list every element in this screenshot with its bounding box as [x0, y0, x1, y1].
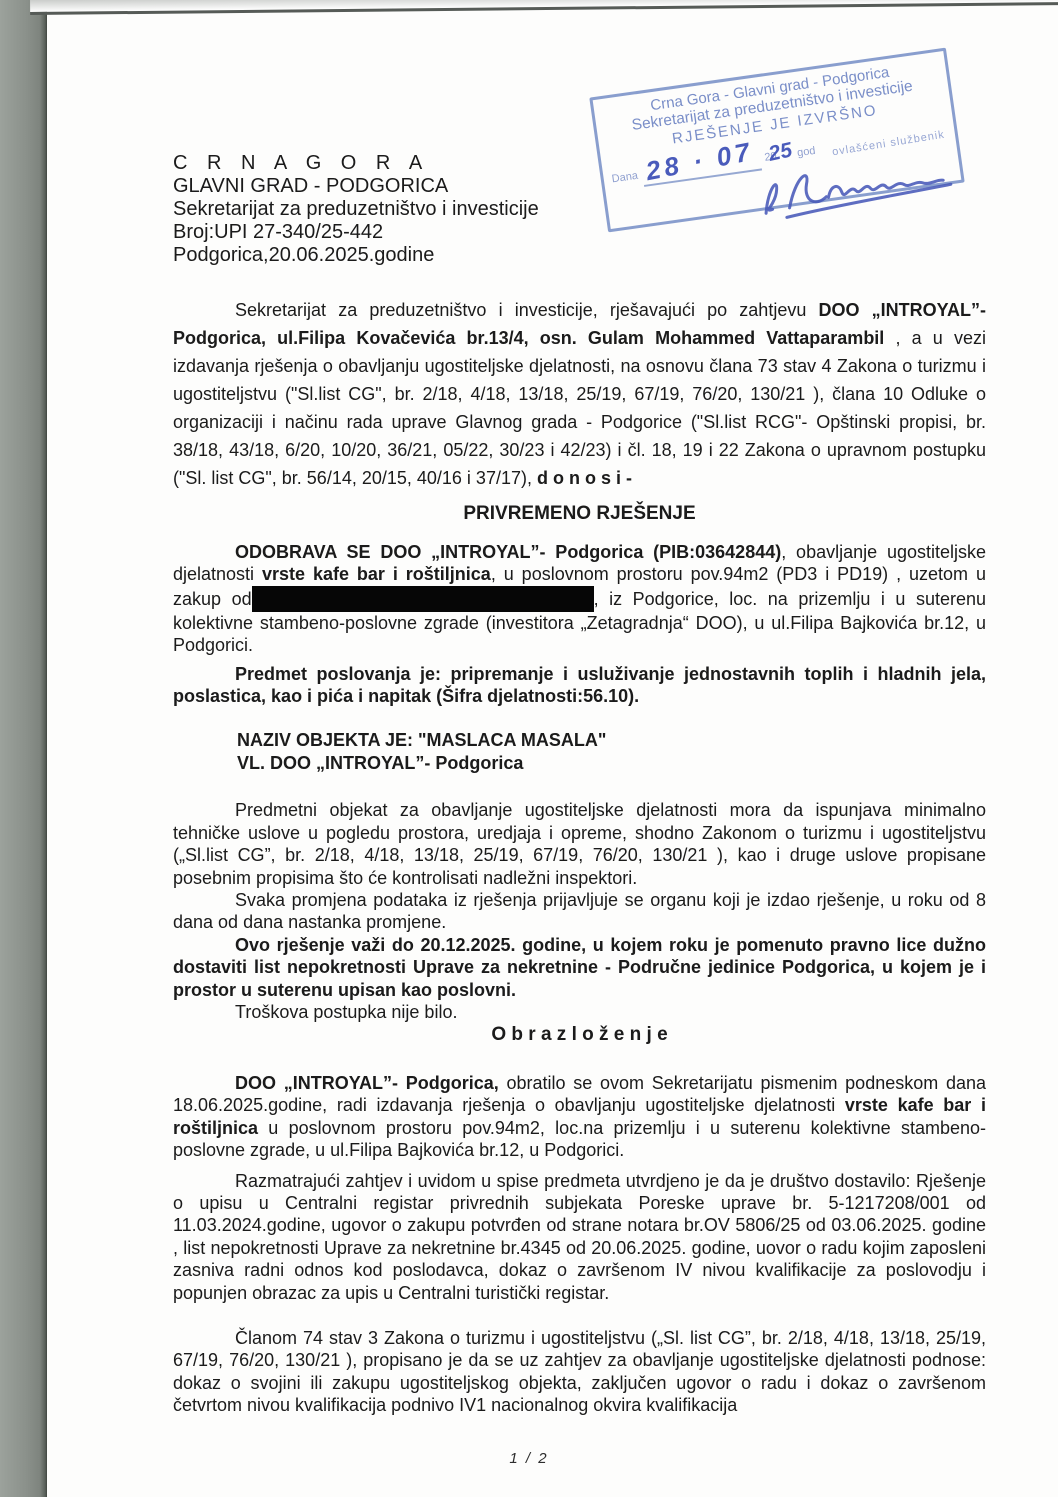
obrazlozenje-paragraph-1: DOO „INTROYAL”- Podgorica, obratilo se o… [173, 1072, 986, 1162]
obrazlozenje-paragraph-3: Članom 74 stav 3 Zakona o turizmu i ugos… [173, 1327, 986, 1417]
page-number: 1 / 2 [0, 1450, 1058, 1467]
redaction-bar [252, 586, 594, 612]
promjena-paragraph: Svaka promjena podataka iz rješenja prij… [173, 889, 986, 934]
obr1-company-bold: DOO „INTROYAL”- Podgorica, [235, 1073, 499, 1093]
naziv-line2: VL. DOO „INTROYAL”- Podgorica [173, 752, 986, 775]
document-body: C R N A G O R A GLAVNI GRAD - PODGORICA … [173, 0, 986, 1417]
uslovi-paragraph: Predmetni objekat za obavljanje ugostite… [173, 799, 986, 889]
odobrava-activity-bold: vrste kafe bar i roštiljnica [262, 564, 491, 584]
heading-privremeno-rjesenje: PRIVREMENO RJEŠENJE [173, 502, 986, 526]
odobrava-paragraph: ODOBRAVA SE DOO „INTROYAL”- Podgorica (P… [173, 541, 986, 657]
troskovi-paragraph: Troškova postupka nije bilo. [173, 1001, 986, 1023]
intro-paragraph: Sekretarijat za preduzetništvo i investi… [173, 296, 986, 492]
naziv-line1: NAZIV OBJEKTA JE: "MASLACA MASALA" [173, 729, 986, 752]
intro-seg3: , a u vezi izdavanja rješenja o obavljan… [173, 328, 986, 488]
letterhead-city: GLAVNI GRAD - PODGORICA [173, 175, 986, 198]
naziv-block: NAZIV OBJEKTA JE: "MASLACA MASALA" VL. D… [173, 729, 986, 775]
obr1-seg4: u poslovnom prostoru pov.94m2, loc.na pr… [173, 1118, 986, 1160]
intro-donosi-bold: d o n o s i - [537, 468, 632, 488]
obrazlozenje-paragraph-2: Razmatrajući zahtjev i uvidom u spise pr… [173, 1170, 986, 1304]
odobrava-company-bold: ODOBRAVA SE DOO „INTROYAL”- Podgorica (P… [235, 542, 781, 562]
scanned-document-page: Crna Gora - Glavni grad - Podgorica Sekr… [0, 0, 1058, 1497]
vazenje-paragraph: Ovo rješenje važi do 20.12.2025. godine,… [173, 934, 986, 1001]
letterhead-country: C R N A G O R A [173, 152, 986, 175]
letterhead-department: Sekretarijat za preduzetništvo i investi… [173, 198, 986, 221]
letterhead: C R N A G O R A GLAVNI GRAD - PODGORICA … [173, 152, 986, 267]
heading-obrazlozenje: O b r a z l o ž e n j e [173, 1024, 986, 1046]
intro-seg1: Sekretarijat za preduzetništvo i investi… [235, 300, 819, 320]
scan-edge-stripe [0, 0, 47, 1497]
letterhead-case-number: Broj:UPI 27-340/25-442 [173, 221, 986, 244]
letterhead-place-date: Podgorica,20.06.2025.godine [173, 244, 986, 267]
predmet-paragraph: Predmet poslovanja je: pripremanje i usl… [173, 663, 986, 708]
